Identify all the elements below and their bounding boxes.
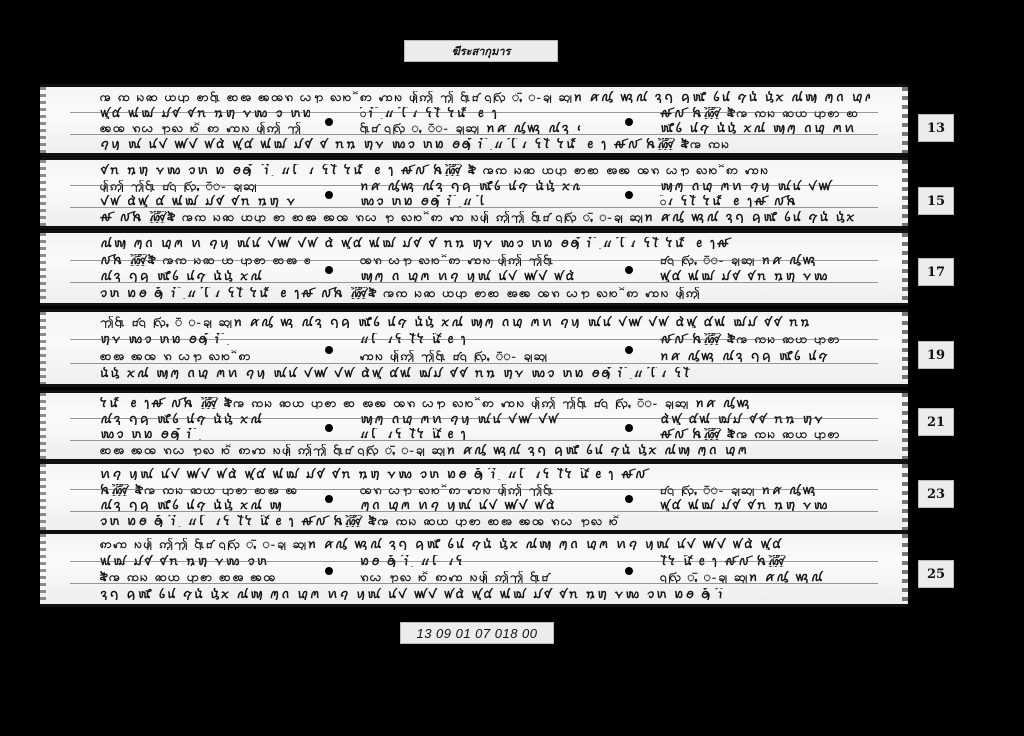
palm-leaf-page-21: ꪼꪽ ꪾ꪿ ꫀ꫁ ꫂꫛ ꫜꫝ ꫞ ꫟ꩠ ꩡꩢ ꩣꩤ ꩥꩦ ꩧ ꩨꩩ ꩪꩫ ꩬꩭ … — [40, 390, 908, 462]
binding-hole — [625, 346, 633, 354]
script-line-segment: ꩧꩨ ꩩꩪ ꩫ ꩬꩭ ꩮꩯ ꩰꩱ — [100, 350, 310, 362]
script-line: ꪅꪆ ꪇꪈ ꪉꪊ ꪋꪌ ꪍꪎ ꪏꪐ ꪑꪒ ꪓꪔ ꪕꪖ ꪗꪘ ꪙꪚ ꪛꪜ ꪝꪞ ꪟ… — [100, 588, 870, 600]
page-number-label: 25 — [918, 560, 954, 588]
palm-leaf-page-25: ꩱꩲ ꩳꩴ ꩵꩶ ꩷꩸ ꩹ꩺ ꩻꩼ ꩽꩾ ꩿꪀ ꪁꪂ ꪃꪄ ꪅꪆ ꪇꪈ ꪉꪊ ꪋ… — [40, 531, 908, 607]
page-number-label: 17 — [918, 258, 954, 286]
script-line-segment: ꪪꪫ ꪬꪭ ꪮꪯ ꪰꪱ ꪲꪳ ꪴ — [100, 428, 310, 440]
script-line-segment: ꩫꩬ ꩭꩮ ꩯꩰ ꩱꩲ ꩳꩴ ꩵꩶ ꩷꩸ — [360, 571, 580, 583]
catalogue-id-label: 13 09 01 07 018 00 — [400, 622, 554, 644]
leaf-ruling-line — [70, 339, 878, 340]
page-number-label: 23 — [918, 480, 954, 508]
script-line: ꪼꪽ ꪾ꪿ ꫀ꫁ ꫂꫛ ꫜꫝ ꫞ ꫟ꩠ ꩡꩢ ꩣꩤ ꩥꩦ ꩧ ꩨꩩ ꩪꩫ ꩬꩭ … — [100, 397, 870, 409]
leaf-ruling-line — [70, 112, 878, 113]
palm-leaf-page-13: ꩠ ꩡ ꩢꩣ ꩤꩥ ꩦ꩷ ꩧꩨ ꩩꩪꩫ ꩬꩭ ꩮꩯ ꩰꩱ ꩲꩳ ꩴꩵ ꩶ ꩷꩸ … — [40, 84, 908, 156]
leaf-ruling-line — [70, 134, 878, 135]
script-line: ꪖꪗ ꪘ ꪙꪚ ꪛꪜ ꪝꪞ ꪟꪠ ꪡꪢ ꪣꪤ ꪥ ꪦꪧ ꪨꪩ ꪪꪫ ꪬꪭ ꪮꪯ … — [100, 138, 870, 150]
leaf-ruling-line — [70, 282, 878, 283]
script-line: ꪕꪖ ꪗꪘ ꪙꪚ ꪛꪜ ꪝꪞ ꪟꪠ ꪡꪢ ꪣꪤ ꪥꪦ ꪧꪨ ꪩꪪ ꪫꪬ ꪭꪮ ꪯ… — [100, 468, 870, 480]
binding-hole — [325, 346, 333, 354]
script-line: ꩶ꩷ ꩸꩹ ꩺꩻ ꩼ ꩽꩾ ꩿꪀ ꪁꪂ ꪃ ꪄꪅ ꪆꪇ ꪈꪉ ꪊꪋ ꪌꪍ ꪎꪏ … — [100, 316, 870, 328]
script-line-segment: ꩷꩸ ꩹ꩺ ꩻ ꩼꩽ ꩾꩿ ꪀꪁ ꪂꪃ ꪄꪅ ꪆꪇ — [360, 122, 580, 134]
script-line: ꪥꪦ ꪧꪨ ꪩꪪ ꪫꪬ ꪭ ꪮꪯ ꪰ ꪱꪲ ꪴꪳ ꪵꪶ ꪷꪸ ꪹ ꪺꪻ ꪼꪽ ꪾ… — [100, 164, 870, 176]
palm-leaf-page-19: ꩶ꩷ ꩸꩹ ꩺꩻ ꩼ ꩽꩾ ꩿꪀ ꪁꪂ ꪃ ꪄꪅ ꪆꪇ ꪈꪉ ꪊꪋ ꪌꪍ ꪎꪏ … — [40, 309, 908, 387]
binding-hole — [625, 495, 633, 503]
palm-leaf-page-17: ꪏꪐ ꪑꪒ ꪓꪔ ꪕ ꪖꪗ ꪘꪙ ꪚꪛ ꪜꪝ ꪞ ꪟꪠ ꪡꪢ ꪣꪤ ꪥ ꪦꪧ ꪨ… — [40, 230, 908, 306]
binding-hole — [625, 118, 633, 126]
page-number-label: 19 — [918, 341, 954, 369]
binding-hole — [625, 191, 633, 199]
script-line-segment: ꩩꩪ ꩫꩬ ꩭꩮ ꩯꩰ ꩱ ꩲꩳ ꩴꩵ ꩶ — [100, 122, 310, 134]
leaf-ruling-line — [70, 511, 878, 512]
leaf-ruling-line — [70, 260, 878, 261]
script-line-segment: ꪈꪉ ꪊꪋ ꪌꪍ ꪎꪏ ꪐꪑ ꪒꪓ ꪔꪕ — [660, 122, 860, 134]
binding-hole — [325, 424, 333, 432]
binding-hole — [325, 495, 333, 503]
script-line: ꪌꪍ ꪎꪏ ꪐꪑ ꪒꪓ ꪔꪕ ꪖꪗ ꪘꪙ ꪚꪛ ꪜꪝ ꪞꪟ ꪠꪡ ꪢꪣ ꪤꪥ ꪦ… — [100, 367, 870, 379]
leaf-ruling-line — [70, 207, 878, 208]
script-line-segment: ꪪꪫ ꪬꪭ ꪮꪯ ꪰꪱ ꪲꪳ ꪴꪵ ꪶꪷ — [360, 195, 580, 207]
script-line-segment: ꪄꪅ ꪆꪇ ꪈꪉ ꪊꪋ ꪌꪍ ꪎꪏ — [100, 270, 310, 282]
binding-hole — [625, 266, 633, 274]
script-line: ꩠ ꩡ ꩢꩣ ꩤꩥ ꩦ꩷ ꩧꩨ ꩩꩪꩫ ꩬꩭ ꩮꩯ ꩰꩱ ꩲꩳ ꩴꩵ ꩶ ꩷꩸ … — [100, 91, 870, 103]
script-line: ꪏꪐ ꪑꪒ ꪓꪔ ꪕ ꪖꪗ ꪘꪙ ꪚꪛ ꪜꪝ ꪞ ꪟꪠ ꪡꪢ ꪣꪤ ꪥ ꪦꪧ ꪨ… — [100, 237, 870, 249]
binding-hole — [325, 191, 333, 199]
binding-hole — [625, 424, 633, 432]
script-line: ꩱꩲ ꩳꩴ ꩵꩶ ꩷꩸ ꩹ꩺ ꩻꩼ ꩽꩾ ꩿꪀ ꪁꪂ ꪃꪄ ꪅꪆ ꪇꪈ ꪉꪊ ꪋ… — [100, 538, 870, 550]
script-line-segment: ꪀꪁ ꪂꪃ ꪄꪅ ꪆꪇ ꪈꪉ ꪊꪋ — [660, 350, 860, 362]
palm-leaf-page-23: ꪕꪖ ꪗꪘ ꪙꪚ ꪛꪜ ꪝꪞ ꪟꪠ ꪡꪢ ꪣꪤ ꪥꪦ ꪧꪨ ꪩꪪ ꪫꪬ ꪭꪮ ꪯ… — [40, 461, 908, 533]
script-line-segment: ꫟ꩠ ꩡꩢ ꩣꩤ ꩥꩦ ꩧꩨ ꩩꩪ — [100, 571, 310, 583]
script-line: ꪫꪬ ꪭꪮ ꪯꪰ ꪱ ꪲꪳ ꪴꪵ ꪶꪷ ꪸꪹ ꪺꪻ ꪼꪽ ꪾ꪿ ꫀ꫁ ꫂꫛ ꫜꫝ… — [100, 287, 870, 299]
leaf-ruling-line — [70, 440, 878, 441]
leaf-ruling-line — [70, 418, 878, 419]
script-line: ꫛ ꫜꫝ ꫞꫟ ꩠꩡ ꩢꩣ ꩤꩥ ꩦ ꩧꩨ ꩩꩪ ꩫꩬ ꩭ ꩮꩯ ꩰꩱ ꩲ ꩳꩴ… — [100, 211, 870, 223]
script-line-segment: ꪑꪒ ꪓꪔ ꪕꪖ ꪗꪘ ꪙꪚ ꪛꪜ ꪝꪞ — [360, 499, 580, 511]
leaf-ruling-line — [70, 363, 878, 364]
leaf-ruling-line — [70, 583, 878, 584]
script-line-segment: ꩹ꩺ ꩻꩼ ꩽꩾ ꩿꪀ ꪁꪂ ꪃꪄ — [660, 571, 860, 583]
leaf-ruling-line — [70, 561, 878, 562]
script-line-segment: ꪟꪠ ꪡꪢ ꪣꪤ ꪥꪦ ꪧꪨ ꪩꪪ — [660, 270, 860, 282]
script-line-segment: ꪟꪠ ꪡꪢ ꪣꪤ ꪥꪦ ꪧꪨ ꪩꪪ — [660, 499, 860, 511]
script-line-segment: ꪜꪝ ꪞꪟ ꪠ ꪡꪢ ꪣꪤ ꪥꪦ ꪧꪨ ꪩ — [100, 195, 310, 207]
manuscript-title-label: ฆีระสากุมาร — [404, 40, 558, 62]
leaf-ruling-line — [70, 489, 878, 490]
manuscript-title: ฆีระสากุมาร — [452, 42, 511, 60]
page-number-label: 21 — [918, 408, 954, 436]
script-line: ꪫꪬ ꪭꪮ ꪯꪰ ꪱꪲ ꪴꪳ ꪵꪶ ꪷꪸ ꪹꪺ ꪻꪼ ꪽꪾ ꪿ꫀ ꫁ꫂ ꫛꫜ ꫝ… — [100, 515, 870, 527]
palm-leaf-page-15: ꪥꪦ ꪧꪨ ꪩꪪ ꪫꪬ ꪭ ꪮꪯ ꪰ ꪱꪲ ꪴꪳ ꪵꪶ ꪷꪸ ꪹ ꪺꪻ ꪼꪽ ꪾ… — [40, 157, 908, 229]
script-line-segment: ꪵꪶ ꪷꪸ ꪹꪺ ꪻꪼ ꪽꪾ ꪿ꫀ ꫁ꫂ — [360, 428, 580, 440]
binding-hole — [325, 567, 333, 575]
page-number-label: 13 — [918, 114, 954, 142]
leaf-ruling-line — [70, 185, 878, 186]
page-number-label: 15 — [918, 187, 954, 215]
script-line-segment: ꪐꪑ ꪒ ꪓꪔ ꪕꪖ ꪗꪘ ꪙꪚ ꪛꪜ ꪝꪞ — [360, 270, 580, 282]
catalogue-id: 13 09 01 07 018 00 — [416, 626, 537, 641]
script-line-segment: ꪸꪹ ꪺꪻ ꪼꪽ ꪾ꪿ ꫀ꫁ ꫂꫛ ꫜꫝ — [660, 195, 860, 207]
binding-hole — [325, 118, 333, 126]
script-line: ꩧꩨ ꩩꩪ ꩫꩬ ꩭꩮ ꩯꩰ ꩱꩲ ꩳꩴ ꩵꩶ ꩷꩸ ꩹ꩺ ꩻꩼ ꩽꩾ ꩿꪀ ꪁ… — [100, 444, 870, 456]
binding-hole — [325, 266, 333, 274]
script-line-segment: ꫛꫜ ꫝ꫞ ꫟ꩠ ꩡꩢ ꩣꩤ ꩥꩦ — [660, 428, 860, 440]
script-line-segment: ꪄꪅ ꪆꪇ ꪈꪉ ꪊꪋ ꪌꪍ ꪎꪏ ꪐ — [100, 499, 310, 511]
binding-hole — [625, 567, 633, 575]
script-line-segment: ꩲꩳ ꩴꩵ ꩶ꩷ ꩸꩹ ꩺꩻ ꩼꩽ ꩾꩿ — [360, 350, 580, 362]
